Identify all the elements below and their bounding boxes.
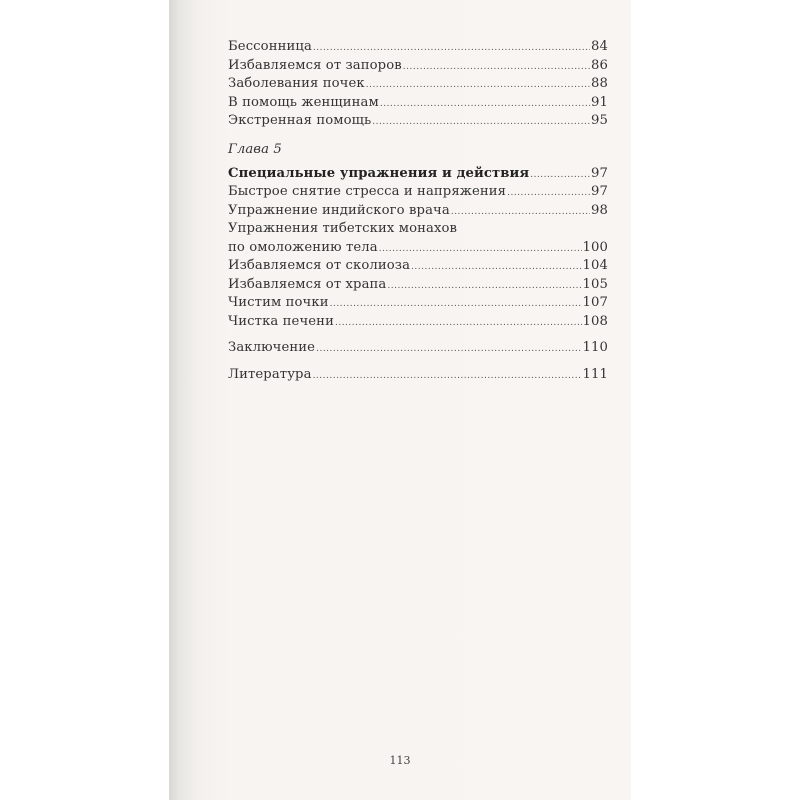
dot-leader [507,184,590,203]
entry-page: 108 [583,313,608,332]
toc-entry: Упражнения тибетских монахов [228,220,608,239]
entry-title: Быстрое снятие стресса и напряжения [228,183,506,202]
entry-title: по омоложению тела [228,239,378,258]
toc-entry: В помощь женщинам91 [228,94,608,113]
dot-leader [330,295,582,314]
toc-group-2: Быстрое снятие стресса и напряжения97Упр… [228,183,608,331]
entry-title: В помощь женщинам [228,94,379,113]
dot-leader [387,277,581,296]
entry-title: Литература [228,366,312,385]
chapter-label: Глава 5 [228,139,608,161]
dot-leader [316,340,581,359]
entry-page: 91 [591,94,608,113]
entry-page: 104 [583,257,608,276]
toc-entry: Быстрое снятие стресса и напряжения97 [228,183,608,202]
toc-entry: Избавляемся от храпа105 [228,276,608,295]
dot-leader [313,39,590,58]
entry-page: 97 [591,183,608,202]
entry-title: Заключение [228,339,315,358]
entry-page: 98 [591,202,608,221]
dot-leader [411,258,581,277]
dot-leader [403,58,590,77]
entry-page: 111 [583,366,608,385]
entry-title: Чистка печени [228,313,334,332]
table-of-contents: Бессонница84Избавляемся от запоров86Забо… [228,38,608,384]
dot-leader [313,367,582,386]
entry-page: 84 [591,38,608,57]
entry-title: Избавляемся от храпа [228,276,386,295]
toc-entry: Чистка печени108 [228,313,608,332]
dot-leader [380,95,590,114]
dot-leader [372,113,590,132]
toc-group-1: Бессонница84Избавляемся от запоров86Забо… [228,38,608,131]
toc-entry-literature: Литература 111 [228,366,608,385]
dot-leader [451,203,590,222]
toc-entry-chapter-title: Специальные упражнения и действия 97 [228,165,608,184]
toc-entry: Избавляемся от запоров86 [228,57,608,76]
entry-page: 88 [591,75,608,94]
entry-title: Чистим почки [228,294,329,313]
dot-leader [335,314,582,333]
entry-title: Избавляемся от запоров [228,57,402,76]
dot-leader [366,76,590,95]
entry-title: Экстренная помощь [228,112,371,131]
entry-page: 107 [583,294,608,313]
entry-title: Упражнения тибетских монахов [228,220,457,239]
entry-page: 97 [591,165,608,184]
toc-entry: Бессонница84 [228,38,608,57]
toc-entry: Упражнение индийского врача98 [228,202,608,221]
page-number: 113 [169,754,631,767]
entry-page: 100 [583,239,608,258]
entry-title: Избавляемся от сколиоза [228,257,410,276]
toc-entry: Экстренная помощь95 [228,112,608,131]
entry-page: 95 [591,112,608,131]
entry-title: Упражнение индийского врача [228,202,450,221]
entry-page: 105 [583,276,608,295]
entry-title: Заболевания почек [228,75,365,94]
toc-entry: Заболевания почек88 [228,75,608,94]
entry-title: Специальные упражнения и действия [228,165,529,184]
book-page: Бессонница84Избавляемся от запоров86Забо… [169,0,631,800]
entry-page: 86 [591,57,608,76]
entry-page: 110 [583,339,608,358]
toc-entry-conclusion: Заключение 110 [228,339,608,358]
entry-title: Бессонница [228,38,312,57]
toc-entry: Избавляемся от сколиоза104 [228,257,608,276]
dot-leader [379,240,582,259]
dot-leader [530,166,590,185]
toc-entry: по омоложению тела100 [228,239,608,258]
toc-entry: Чистим почки107 [228,294,608,313]
